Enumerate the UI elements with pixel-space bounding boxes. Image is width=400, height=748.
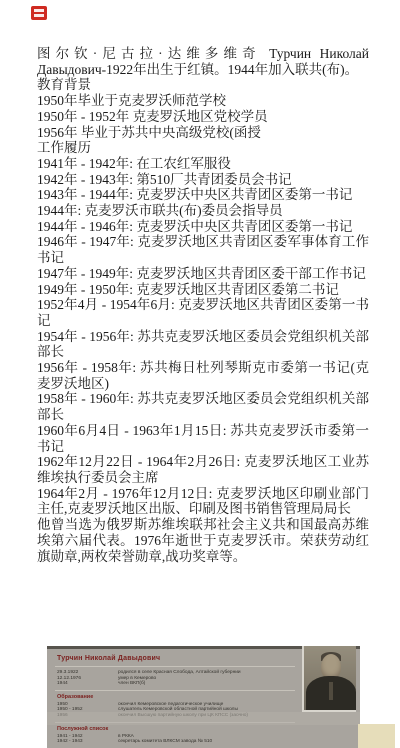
career-item: 1942年 - 1943年: 第510厂共青团委员会书记	[37, 172, 369, 188]
divider	[55, 722, 295, 723]
infobox-row: 1956 окончил Высшую партийную школу при …	[57, 713, 352, 719]
career-item: 1960年6月4日 - 1963年1月15日: 苏共克麦罗沃市委第一书记	[37, 423, 369, 454]
education-item: 1956年 毕业于苏共中央高级党校(函授	[37, 125, 369, 141]
career-item: 1946年 - 1947年: 克麦罗沃地区共青团区委军事体育工作书记	[37, 234, 369, 265]
career-item: 1962年12月22日 - 1964年2月26日: 克麦罗沃地区工业苏维埃执行委…	[37, 454, 369, 485]
row-date: 1956	[57, 713, 118, 719]
career-item: 1958年 - 1960年: 苏共克麦罗沃地区委员会党组织机关部部长	[37, 391, 369, 422]
row-text: окончил Высшую партийную школу при ЦК КП…	[118, 713, 352, 719]
career-item: 1954年 - 1956年: 苏共克麦罗沃地区委员会党组织机关部部长	[37, 329, 369, 360]
career-item: 1952年4月 - 1954年6月: 克麦罗沃地区共青团区委第一书记	[37, 297, 369, 328]
career-item: 1943年 - 1944年: 克麦罗沃中央区共青团区委第一书记	[37, 187, 369, 203]
red-logo-glyph	[34, 14, 44, 17]
infobox-section-service: Послужной список	[57, 726, 352, 732]
portrait-photo	[302, 646, 356, 712]
education-item: 1950年毕业于克麦罗沃师范学校	[37, 93, 369, 109]
career-item: 1941年 - 1942年: 在工农红军服役	[37, 156, 369, 172]
career-item: 1947年 - 1949年: 克麦罗沃地区共青团区委干部工作书记	[37, 266, 369, 282]
portrait-tie	[329, 682, 333, 700]
biography-article: 图尔钦·尼古拉·达维多维奇 Турчин Николай Давыдович-1…	[37, 46, 369, 564]
career-item: 1956年 - 1958年: 苏共梅日杜列琴斯克市委第一书记(克麦罗沃地区)	[37, 360, 369, 391]
row-date: 1942 - 1943	[57, 739, 118, 745]
career-item: 1944年: 克麦罗沃市联共(布)委员会指导员	[37, 203, 369, 219]
closing-paragraph: 他曾当选为俄罗斯苏维埃联邦社会主义共和国最高苏维埃第六届代表。1976年逝世于克…	[37, 517, 369, 564]
career-item: 1964年2月 - 1976年12月12日: 克麦罗沃地区印刷业部门主任,克麦罗…	[37, 486, 369, 517]
page-background-strip	[358, 724, 395, 748]
education-item: 1950年 - 1952年 克麦罗沃地区党校学员	[37, 109, 369, 125]
career-item: 1944年 - 1946年: 克麦罗沃中央区共青团区委第一书记	[37, 219, 369, 235]
row-text: секретарь комитета ВЛКСМ завода № 510	[118, 739, 352, 745]
divider	[55, 666, 295, 667]
red-logo-glyph	[34, 9, 44, 12]
career-item: 1949年 - 1950年: 克麦罗沃地区共青团区委第二书记	[37, 282, 369, 298]
section-heading-career: 工作履历	[37, 140, 369, 156]
row-date: 1944	[57, 681, 118, 687]
section-heading-education: 教育背景	[37, 77, 369, 93]
red-logo-icon	[31, 6, 47, 20]
divider	[55, 690, 295, 691]
intro-paragraph: 图尔钦·尼古拉·达维多维奇 Турчин Николай Давыдович-1…	[37, 46, 369, 77]
infobox-row: 1942 - 1943 секретарь комитета ВЛКСМ зав…	[57, 739, 352, 745]
